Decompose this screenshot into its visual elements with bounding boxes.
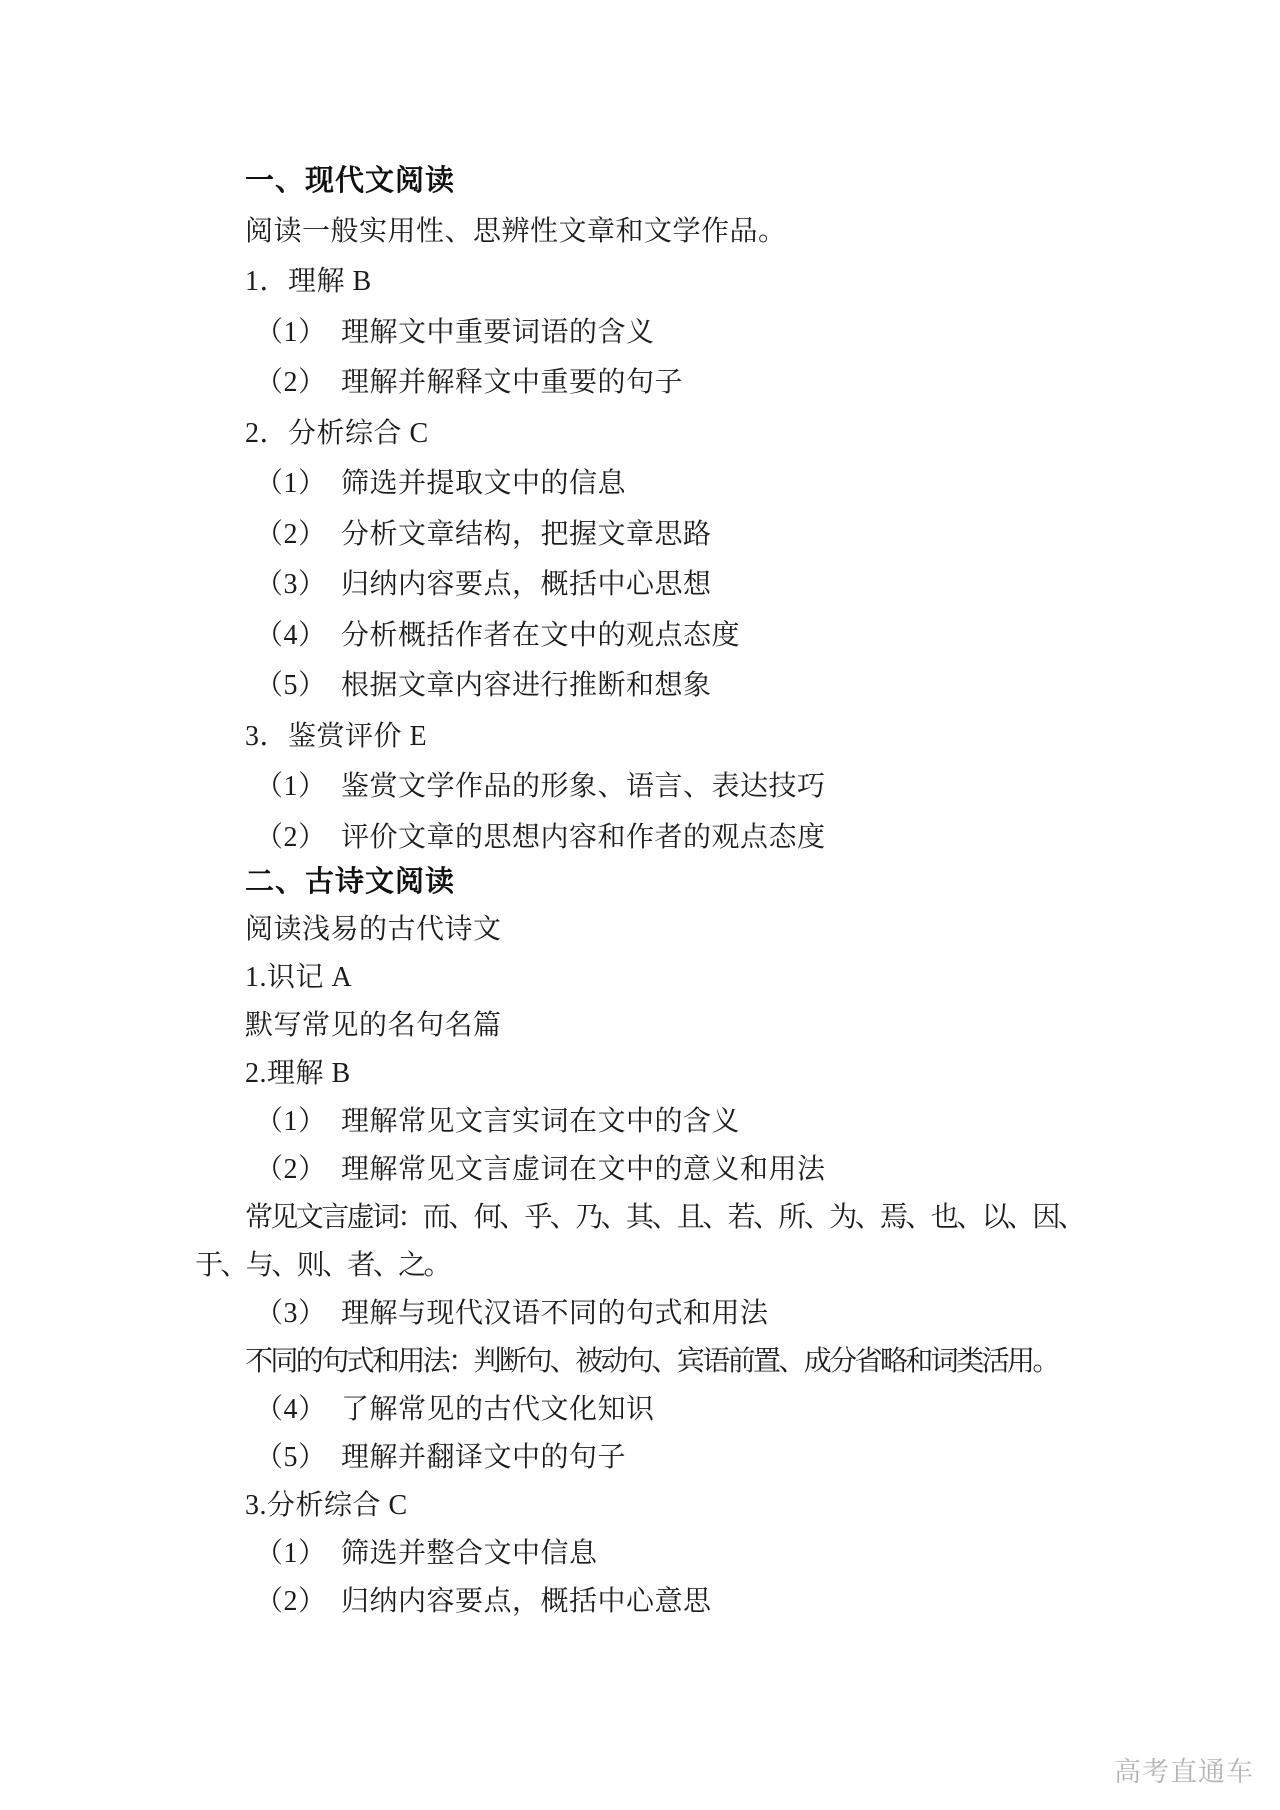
text-line: （2） 分析文章结构，把握文章思路 [245, 510, 826, 561]
text-line: （4） 了解常见的古代文化知识 [245, 1386, 1083, 1434]
text-line: 1．理解 B [245, 257, 826, 308]
text-line: （2） 理解并解释文中重要的句子 [245, 358, 826, 409]
text-line: （5） 理解并翻译文中的句子 [245, 1434, 1083, 1482]
text-line: 3.分析综合 C [245, 1482, 1083, 1530]
text-line: 常见文言虚词：而、何、乎、乃、其、且、若、所、为、焉、也、以、因、 [245, 1194, 1083, 1242]
text-line: 不同的句式和用法：判断句、被动句、宾语前置、成分省略和词类活用。 [245, 1338, 1083, 1386]
text-line: 2．分析综合 C [245, 409, 826, 460]
text-line: （1） 理解文中重要词语的含义 [245, 308, 826, 359]
text-line: （1） 筛选并整合文中信息 [245, 1530, 1083, 1578]
text-line: 阅读浅易的古代诗文 [245, 906, 1083, 954]
text-line: （2） 理解常见文言虚词在文中的意义和用法 [245, 1146, 1083, 1194]
section-classical-poetry-prose-reading: 二、古诗文阅读阅读浅易的古代诗文1.识记 A默写常见的名句名篇2.理解 B（1）… [245, 858, 1083, 1626]
document-page: 一、现代文阅读阅读一般实用性、思辨性文章和文学作品。1．理解 B（1） 理解文中… [0, 0, 1280, 1810]
text-line: （3） 理解与现代汉语不同的句式和用法 [245, 1290, 1083, 1338]
text-line: 默写常见的名句名篇 [245, 1002, 1083, 1050]
text-line: 阅读一般实用性、思辨性文章和文学作品。 [245, 207, 826, 258]
text-line: 1.识记 A [245, 954, 1083, 1002]
text-line: （5） 根据文章内容进行推断和想象 [245, 661, 826, 712]
text-line: 3．鉴赏评价 E [245, 712, 826, 763]
text-line: 于、与、则、者、之。 [195, 1242, 1083, 1290]
text-line: （1） 筛选并提取文中的信息 [245, 459, 826, 510]
text-line: （3） 归纳内容要点，概括中心思想 [245, 560, 826, 611]
section-modern-text-reading: 一、现代文阅读阅读一般实用性、思辨性文章和文学作品。1．理解 B（1） 理解文中… [245, 156, 826, 863]
section-heading: 二、古诗文阅读 [245, 858, 1083, 906]
document-body: 一、现代文阅读阅读一般实用性、思辨性文章和文学作品。1．理解 B（1） 理解文中… [0, 0, 1280, 1810]
section-heading: 一、现代文阅读 [245, 156, 826, 207]
text-line: （1） 鉴赏文学作品的形象、语言、表达技巧 [245, 762, 826, 813]
watermark: 高考直通车 [1114, 1750, 1254, 1789]
text-line: 2.理解 B [245, 1050, 1083, 1098]
text-line: （4） 分析概括作者在文中的观点态度 [245, 611, 826, 662]
text-line: （2） 评价文章的思想内容和作者的观点态度 [245, 813, 826, 864]
text-line: （1） 理解常见文言实词在文中的含义 [245, 1098, 1083, 1146]
text-line: （2） 归纳内容要点，概括中心意思 [245, 1578, 1083, 1626]
